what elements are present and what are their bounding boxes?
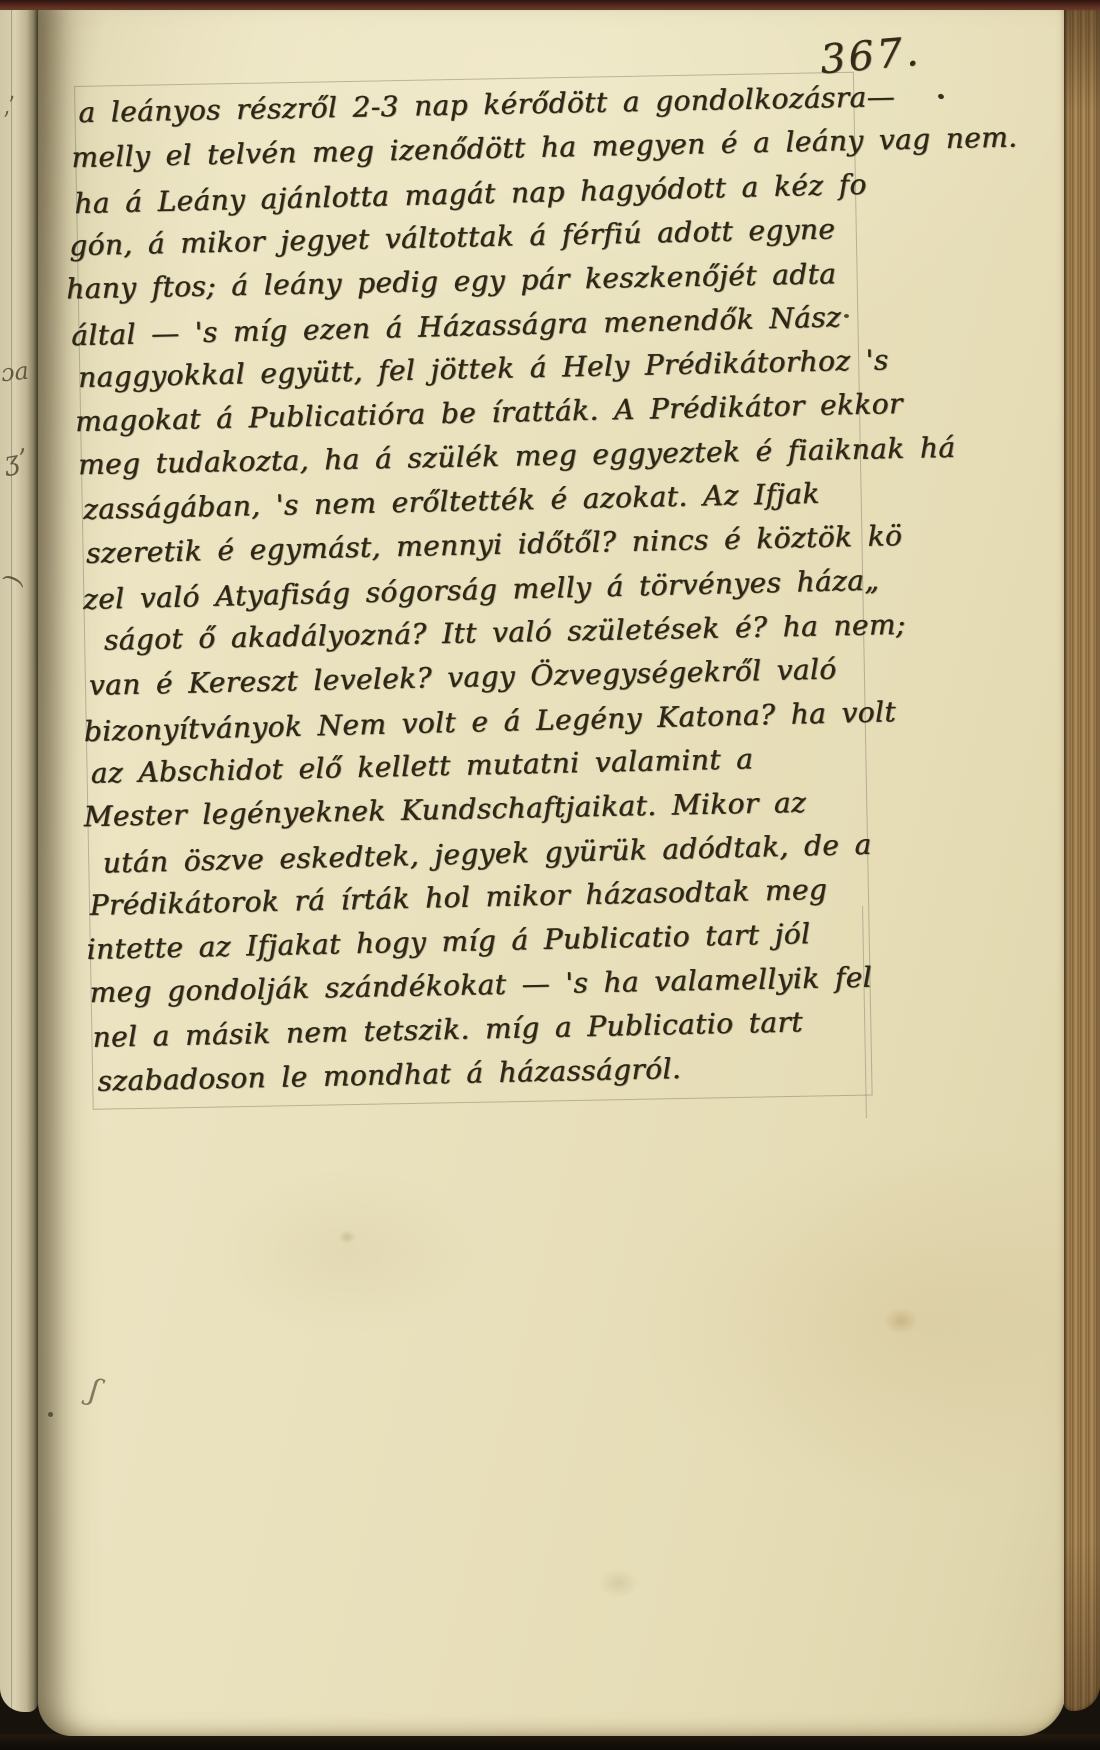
facing-page-sliver: ,ʼ ɔa ʒʼ ): [0, 6, 38, 1712]
stain-spot: [884, 1308, 918, 1334]
stain-spot: [338, 1230, 356, 1244]
page-number: 367.: [818, 32, 922, 81]
table-surface: [0, 1734, 1100, 1750]
book-top-edge: [0, 0, 1100, 10]
marginalia-fragment: ,ʼ: [0, 93, 18, 120]
book-page-scan: ,ʼ ɔa ʒʼ ) 367. a leányos részről 2-3 na…: [0, 0, 1100, 1750]
marginalia-fragment: ): [0, 573, 27, 588]
ink-dot: [844, 314, 849, 318]
stray-pen-mark: ʃ: [86, 1375, 101, 1406]
ink-dot: [48, 1412, 53, 1417]
handwritten-text-block: a leányos részről 2-3 nap kérődött a gon…: [78, 75, 890, 1104]
marginalia-fragment: ɔa: [0, 357, 30, 388]
stain-spot: [598, 1568, 638, 1598]
ink-dot: [937, 93, 944, 100]
marginalia-fragment: ʒʼ: [2, 444, 30, 478]
manuscript-page: 367. a leányos részről 2-3 nap kérődött …: [38, 8, 1066, 1736]
book-fore-edge: [1064, 9, 1100, 1711]
